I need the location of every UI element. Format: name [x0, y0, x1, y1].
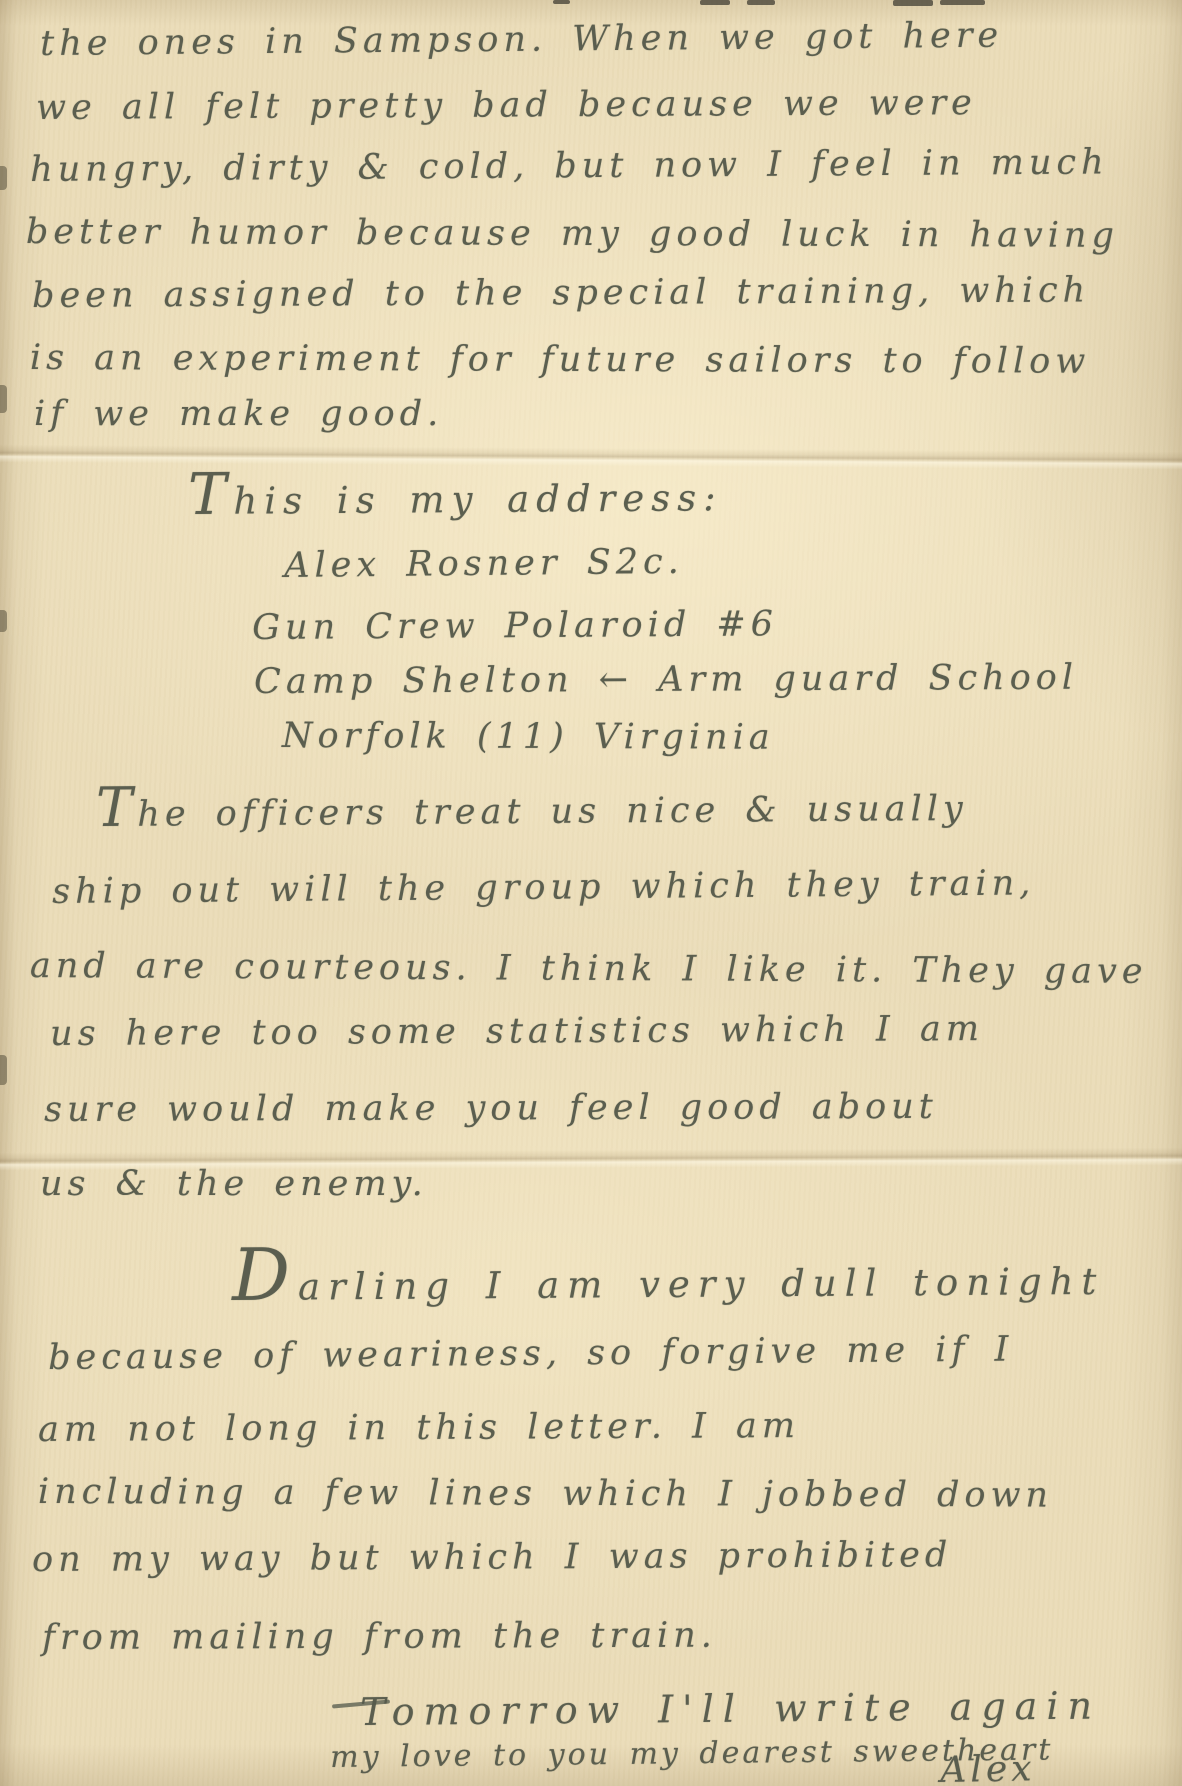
letter-line: from mailing from the train.	[42, 1616, 717, 1658]
letter-line: ship out will the group which they train…	[52, 863, 1035, 912]
letter-line: we all felt pretty bad because we were	[36, 83, 977, 128]
edge-artifact	[940, 0, 985, 5]
signature: Alex	[940, 1748, 1036, 1786]
address-intro-line: This is my address:	[188, 474, 723, 523]
edge-artifact	[0, 385, 7, 413]
letter-line: including a few lines which I jobbed dow…	[38, 1472, 1053, 1516]
letter-line: if we make good.	[34, 394, 443, 434]
letter-line: on my way but which I was prohibited	[32, 1535, 952, 1580]
edge-artifact	[700, 0, 730, 5]
letter-line: and are courteous. I think I like it. Th…	[30, 946, 1148, 992]
letter-line: Darling I am very dull tonight	[232, 1252, 1104, 1309]
letter-line: because of weariness, so forgive me if I	[48, 1330, 1014, 1378]
edge-artifact	[553, 0, 570, 4]
letter-line: us & the enemy.	[40, 1164, 428, 1204]
edge-artifact	[0, 1055, 7, 1085]
letter-line: sure would make you feel good about	[44, 1087, 938, 1130]
letter-line: is an experiment for future sailors to f…	[30, 338, 1090, 382]
edge-artifact	[747, 0, 775, 5]
edge-artifact	[0, 610, 7, 632]
address-line: Gun Crew Polaroid #6	[252, 604, 778, 648]
edge-artifact	[893, 0, 933, 6]
letter-line: been assigned to the special training, w…	[32, 270, 1090, 316]
address-line: Norfolk (11) Virginia	[282, 716, 775, 758]
letter-line: us here too some statistics which I am	[50, 1009, 984, 1054]
edge-artifact	[0, 166, 7, 190]
letter-line: The officers treat us nice & usually	[96, 786, 968, 835]
letter-line: hungry, dirty & cold, but now I feel in …	[30, 142, 1109, 190]
letter-line: better humor because my good luck in hav…	[26, 212, 1119, 256]
closing-line: Tomorrow I'll write again	[360, 1684, 1101, 1734]
letter-line: the ones in Sampson. When we got here	[40, 16, 1003, 64]
address-line: Camp Shelton ← Arm guard School	[254, 658, 1078, 702]
letter-line: am not long in this letter. I am	[38, 1406, 800, 1450]
fold-crease	[0, 444, 1182, 469]
address-line: Alex Rosner S2c.	[284, 542, 684, 586]
letter-page: the ones in Sampson. When we got here we…	[0, 0, 1182, 1786]
